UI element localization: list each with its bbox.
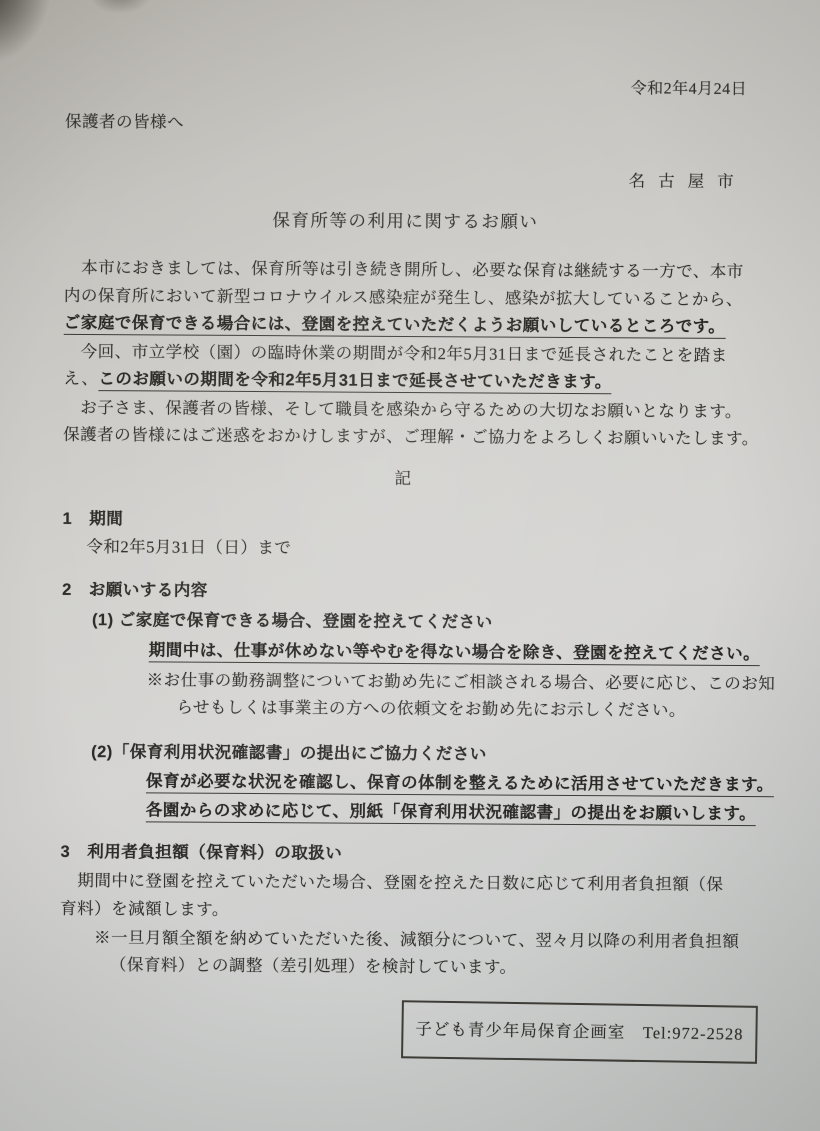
section-2-item-1-emphasis: 期間中は、仕事が休めない等やむを得ない場合を除き、登園を控えてください。	[149, 636, 744, 668]
document-date: 令和2年4月24日	[65, 74, 747, 102]
intro-line-5-prefix: え、	[63, 369, 98, 388]
sender-name: 名古屋市	[65, 166, 747, 194]
section-2-item-1-heading: (1) ご家庭で保育できる場合、登園を控えてください	[92, 606, 744, 638]
emphasis-underline-confirmation-1: 保育が必要な状況を確認し、保育の体制を整えるために活用させていただきます。	[146, 772, 774, 797]
section-2-item-1-note-line-2: らせもしくは事業主の方への依頼文をお勤め先にお示しください。	[176, 693, 743, 723]
section-3-note-line-1: ※一旦月額全額を納めていただいた後、減額分について、翌々月以降の利用者負担額	[94, 924, 742, 955]
emphasis-underline-refrain: 期間中は、仕事が休めない等やむを得ない場合を除き、登園を控えてください。	[149, 641, 760, 666]
intro-line-1: 本市におきましては、保育所等は引き続き開所し、必要な保育は継続する一方で、本市	[64, 254, 746, 286]
photo-of-document: { "colors": { "paper": "#d2d1ce", "ink":…	[0, 0, 820, 1131]
intro-line-4: 今回、市立学校（園）の臨時休業の期間が令和2年5月31日まで延長されたことを踏ま	[64, 337, 746, 369]
section-2-item-2-emphasis-1: 保育が必要な状況を確認し、保育の体制を整えるために活用させていただきます。	[146, 767, 743, 799]
section-2-heading: 2 お願いする内容	[62, 576, 744, 607]
paper-document: 令和2年4月24日 保護者の皆様へ 名古屋市 保育所等の利用に関するお願い 本市…	[0, 0, 820, 1131]
addressee: 保護者の皆様へ	[65, 110, 747, 138]
section-3-line-1: 期間中に登園を控えていただいた場合、登園を控えた日数に応じて利用者負担額（保	[60, 866, 742, 897]
intro-paragraph: 本市におきましては、保育所等は引き続き開所し、必要な保育は継続する一方で、本市 …	[63, 254, 746, 453]
intro-line-2: 内の保育所において新型コロナウイルス感染症が発生し、感染が拡大していることから、	[64, 281, 746, 313]
document-title: 保育所等の利用に関するお願い	[64, 206, 746, 236]
section-1-body: 令和2年5月31日（日）まで	[86, 533, 744, 564]
contact-info: 子ども青少年局保育企画室 Tel:972-2528	[415, 1016, 744, 1049]
section-2-item-1-note-line-1: ※お仕事の勤務調整についてお勤め先にご相談される場合、必要に応じ、このお知	[147, 666, 744, 697]
ki-marker: 記	[63, 462, 745, 493]
intro-line-7: 保護者の皆様にはご迷惑をおかけしますが、ご理解・ご協力をよろしくお願いいたします…	[63, 421, 745, 453]
section-3-note-line-2: （保育料）との調整（差引処理）を検討しています。	[110, 951, 742, 982]
intro-line-3: ご家庭で保育できる場合には、登園を控えていただくようお願いしているところです。	[64, 309, 746, 342]
section-1-heading: 1 期間	[63, 505, 745, 536]
section-3-line-2: 育料）を減額します。	[60, 894, 742, 925]
section-2-item-2-heading: (2)「保育利用状況確認書」の提出にご協力ください	[91, 738, 743, 770]
intro-line-5: え、このお願いの期間を令和2年5月31日まで延長させていただきます。	[63, 365, 745, 398]
section-2-item-2-emphasis-2: 各園からの求めに応じて、別紙「保育利用状況確認書」の提出をお願いします。	[146, 796, 743, 828]
emphasis-underline-request: ご家庭で保育できる場合には、登園を控えていただくようお願いしているところです。	[64, 314, 726, 339]
intro-line-6: お子さま、保護者の皆様、そして職員を感染から守るための大切なお願いとなります。	[63, 393, 745, 425]
section-3-heading: 3 利用者負担額（保育料）の取扱い	[60, 838, 742, 869]
emphasis-underline-extension: このお願いの期間を令和2年5月31日まで延長させていただきます。	[98, 370, 612, 394]
contact-box: 子ども青少年局保育企画室 Tel:972-2528	[401, 1000, 758, 1064]
emphasis-underline-confirmation-2: 各園からの求めに応じて、別紙「保育利用状況確認書」の提出をお願いします。	[146, 801, 756, 826]
